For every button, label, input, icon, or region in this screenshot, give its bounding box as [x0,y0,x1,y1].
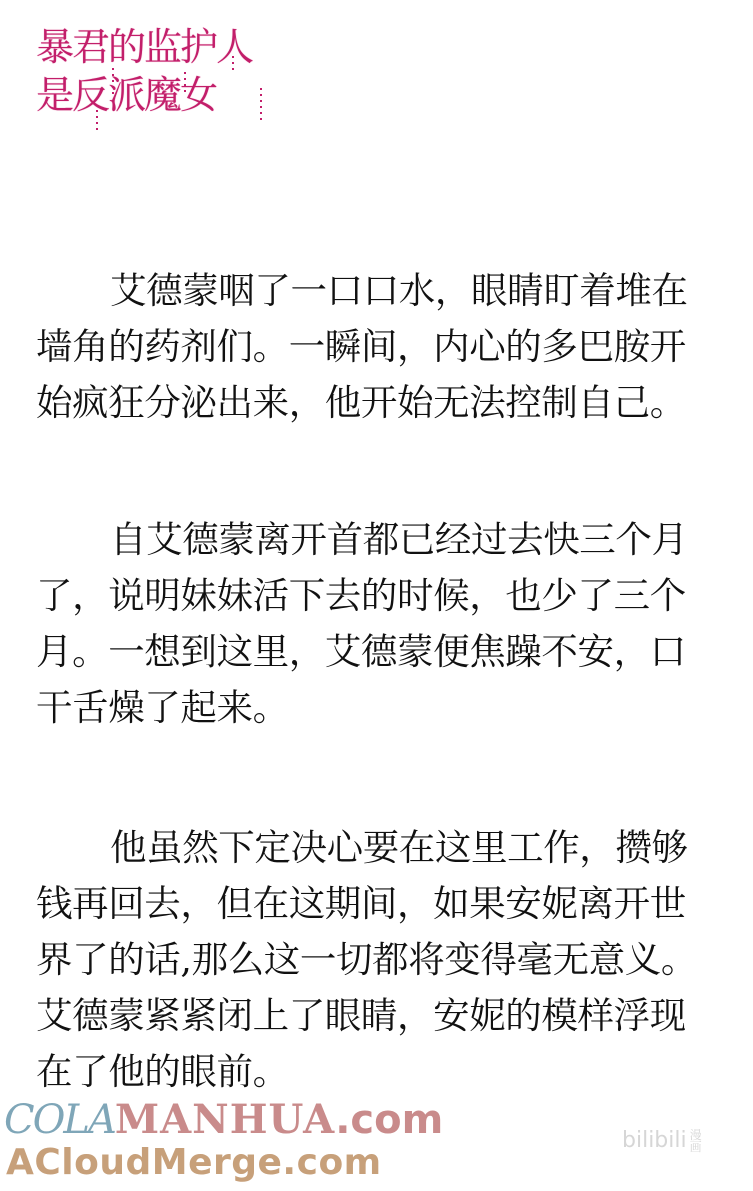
bilibili-manhua-label: 漫画 [690,1129,704,1153]
watermark-manhua: MANHUA [115,1096,335,1143]
text-line: 月。一想到这里，艾德蒙便焦躁不安，口 [36,624,726,680]
watermark-com: .com [335,1097,443,1143]
logo-decoration [96,110,98,130]
text-line: 了，说明妹妹活下去的时候，也少了三个 [36,568,726,624]
paragraph-1: 艾德蒙咽了一口口水，眼睛盯着堆在 墙角的药剂们。一瞬间，内心的多巴胺开 始疯狂分… [36,263,726,431]
text-line: 艾德蒙咽了一口口水，眼睛盯着堆在 [36,263,726,319]
logo-decoration [232,56,234,74]
text-line: 墙角的药剂们。一瞬间，内心的多巴胺开 [36,319,726,375]
text-line: 干舌燥了起来。 [36,680,726,736]
acloudmerge-watermark: ACloudMerge.com [6,1145,382,1181]
text-line: 界了的话,那么这一切都将变得毫无意义。 [36,932,726,988]
text-line: 在了他的眼前。 [36,1044,726,1100]
logo-decoration [184,72,186,94]
paragraph-2: 自艾德蒙离开首都已经过去快三个月 了，说明妹妹活下去的时候，也少了三个 月。一想… [36,512,726,736]
bilibili-comics-logo: bilibili漫画 [622,1128,704,1153]
text-line: 艾德蒙紧紧闭上了眼睛，安妮的模样浮现 [36,988,726,1044]
watermark-cola: COLA [4,1097,115,1143]
comic-title-logo: 暴君的监护人 是反派魔女 [36,28,266,128]
logo-title-line-2: 是反派魔女 [36,76,216,114]
colamanhua-watermark: COLAMANHUA.com [4,1100,443,1140]
paragraph-3: 他虽然下定决心要在这里工作，攒够 钱再回去，但在这期间，如果安妮离开世 界了的话… [36,820,726,1100]
text-line: 钱再回去，但在这期间，如果安妮离开世 [36,876,726,932]
logo-decoration [112,68,114,98]
bilibili-wordmark: bilibili [622,1128,687,1153]
logo-title-line-1: 暴君的监护人 [36,28,252,66]
text-line: 自艾德蒙离开首都已经过去快三个月 [36,512,726,568]
logo-decoration [260,88,262,122]
text-line: 始疯狂分泌出来，他开始无法控制自己。 [36,375,726,431]
text-line: 他虽然下定决心要在这里工作，攒够 [36,820,726,876]
